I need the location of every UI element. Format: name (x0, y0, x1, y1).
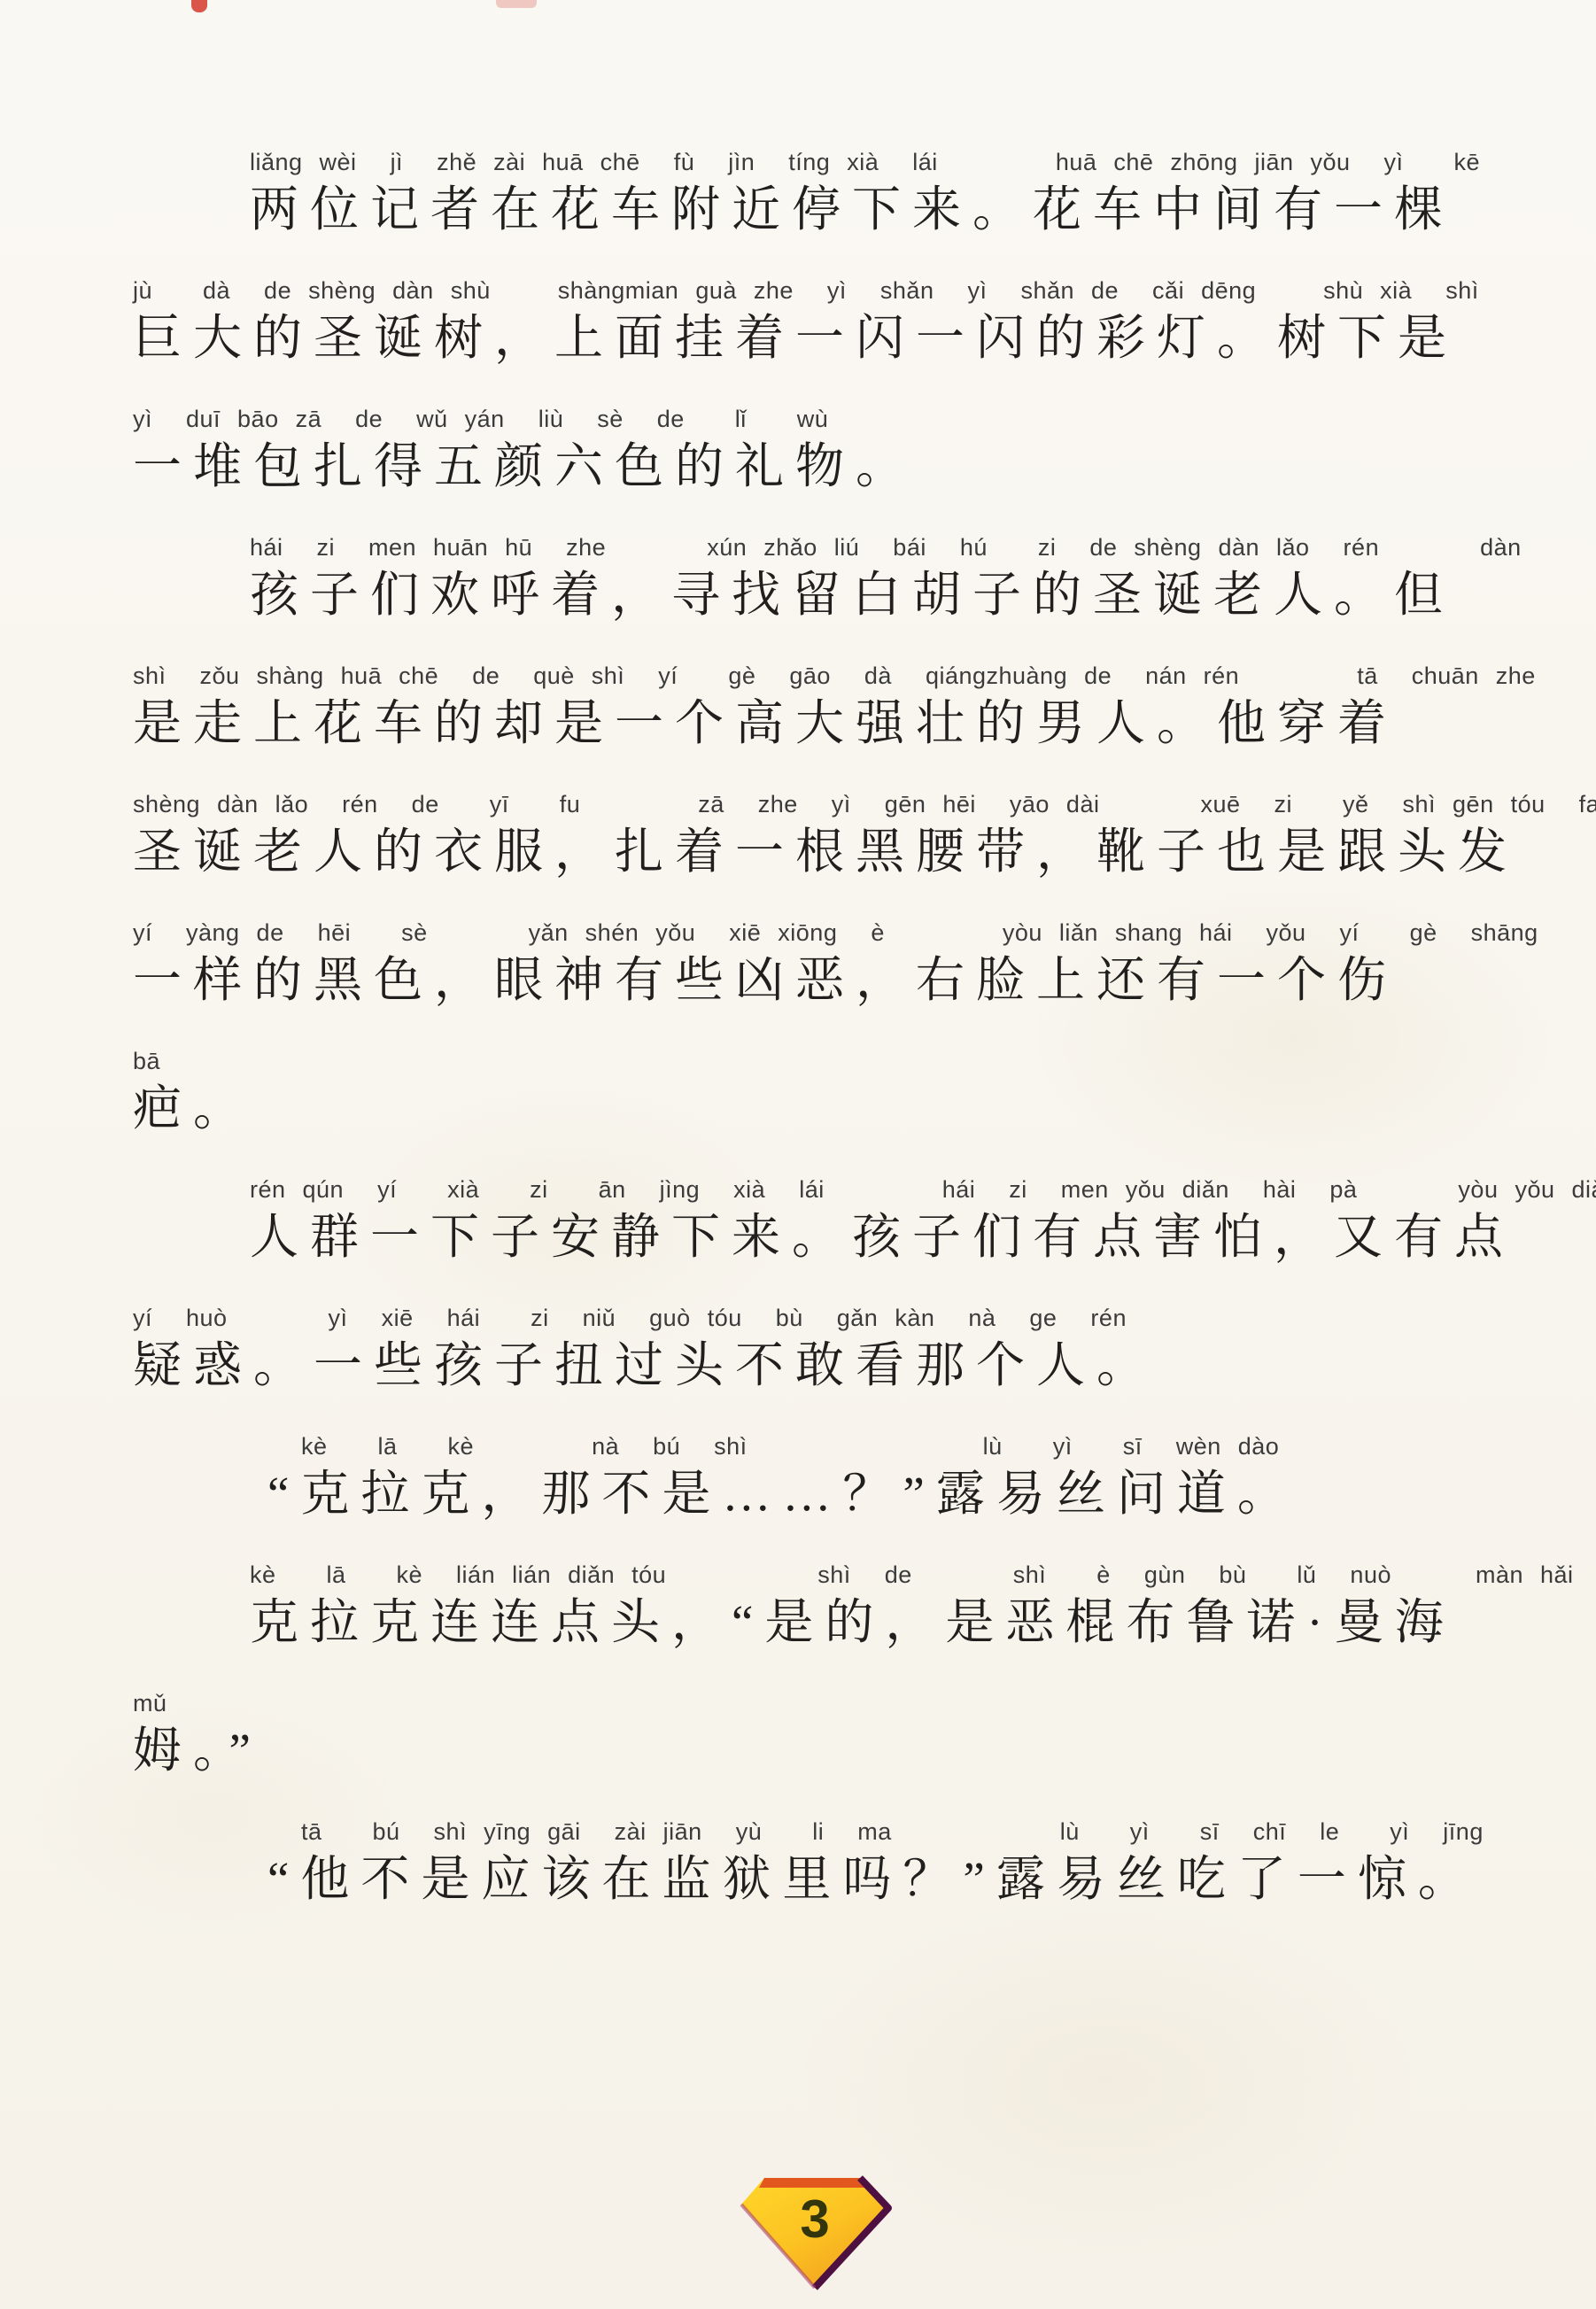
hanzi-row: 疑惑。一些孩子扭过头不敢看那个人。 (133, 1334, 1523, 1398)
text-line-4: hái zi men huān hū zhe xún zhǎo liú bái … (133, 531, 1523, 627)
hanzi-row: 疤。 (133, 1077, 1523, 1141)
text-line-10: yí huò yì xiē hái zi niǔ guò tóu bù gǎn … (133, 1302, 1523, 1398)
page-number: 3 (800, 2189, 829, 2249)
badge-top-strip (759, 2178, 865, 2188)
hanzi-row: “克拉克，那不是……？”露易丝问道。 (267, 1462, 1523, 1526)
hanzi-row: “他不是应该在监狱里吗？”露易丝吃了一惊。 (267, 1848, 1523, 1911)
text-line-3: yì duī bāo zā de wǔ yán liù sè de lǐ wù一… (133, 403, 1523, 499)
pinyin-row: mǔ (133, 1687, 1523, 1719)
pinyin-row: yì duī bāo zā de wǔ yán liù sè de lǐ wù (133, 403, 1523, 435)
pinyin-row: yí huò yì xiē hái zi niǔ guò tóu bù gǎn … (133, 1302, 1523, 1334)
hanzi-row: 是走上花车的却是一个高大强壮的男人。他穿着 (133, 692, 1523, 755)
text-line-8: bā疤。 (133, 1045, 1523, 1141)
text-line-9: rén qún yí xià zi ān jìng xià lái hái zi… (133, 1174, 1523, 1269)
text-line-13: mǔ姆。” (133, 1687, 1523, 1783)
text-line-11: kè lā kè nà bú shì lù yì sī wèn dào“克拉克，… (133, 1430, 1523, 1526)
hanzi-row: 人群一下子安静下来。孩子们有点害怕，又有点 (250, 1205, 1523, 1269)
page-edge-mark (191, 0, 207, 12)
hanzi-row: 一堆包扎得五颜六色的礼物。 (133, 435, 1523, 499)
pinyin-row: rén qún yí xià zi ān jìng xià lái hái zi… (250, 1174, 1523, 1205)
hanzi-row: 孩子们欢呼着，寻找留白胡子的圣诞老人。但 (250, 563, 1523, 627)
text-line-14: tā bú shì yīng gāi zài jiān yù li ma lù … (133, 1816, 1523, 1911)
pinyin-row: shì zǒu shàng huā chē de què shì yí gè g… (133, 660, 1523, 692)
pinyin-row: yí yàng de hēi sè yǎn shén yǒu xiē xiōng… (133, 917, 1523, 949)
pinyin-row: bā (133, 1045, 1523, 1077)
pinyin-row: tā bú shì yīng gāi zài jiān yù li ma lù … (267, 1816, 1523, 1848)
hanzi-row: 两位记者在花车附近停下来。花车中间有一棵 (250, 178, 1523, 242)
hanzi-row: 巨大的圣诞树，上面挂着一闪一闪的彩灯。树下是 (133, 306, 1523, 370)
text-line-1: liǎng wèi jì zhě zài huā chē fù jìn tíng… (133, 146, 1523, 242)
hanzi-row: 圣诞老人的衣服，扎着一根黑腰带，靴子也是跟头发 (133, 820, 1523, 884)
text-line-7: yí yàng de hēi sè yǎn shén yǒu xiē xiōng… (133, 917, 1523, 1012)
page-edge-mark (496, 0, 537, 8)
text-line-6: shèng dàn lǎo rén de yī fu zā zhe yì gēn… (133, 788, 1523, 884)
text-line-12: kè lā kè lián lián diǎn tóu shì de shì è… (133, 1559, 1523, 1654)
hanzi-row: 一样的黑色，眼神有些凶恶，右脸上还有一个伤 (133, 949, 1523, 1012)
text-block: liǎng wèi jì zhě zài huā chē fù jìn tíng… (133, 146, 1523, 1944)
pinyin-row: kè lā kè lián lián diǎn tóu shì de shì è… (250, 1559, 1523, 1591)
text-line-5: shì zǒu shàng huā chē de què shì yí gè g… (133, 660, 1523, 755)
pinyin-row: liǎng wèi jì zhě zài huā chē fù jìn tíng… (250, 146, 1523, 178)
pinyin-row: hái zi men huān hū zhe xún zhǎo liú bái … (250, 531, 1523, 563)
page-number-badge: 3 (737, 2168, 893, 2294)
hanzi-row: 姆。” (133, 1719, 1523, 1783)
text-line-2: jù dà de shèng dàn shù shàngmian guà zhe… (133, 275, 1523, 370)
pinyin-row: jù dà de shèng dàn shù shàngmian guà zhe… (133, 275, 1523, 306)
pinyin-row: kè lā kè nà bú shì lù yì sī wèn dào (267, 1430, 1523, 1462)
pinyin-row: shèng dàn lǎo rén de yī fu zā zhe yì gēn… (133, 788, 1523, 820)
hanzi-row: 克拉克连连点头，“是的，是恶棍布鲁诺·曼海 (250, 1591, 1523, 1654)
